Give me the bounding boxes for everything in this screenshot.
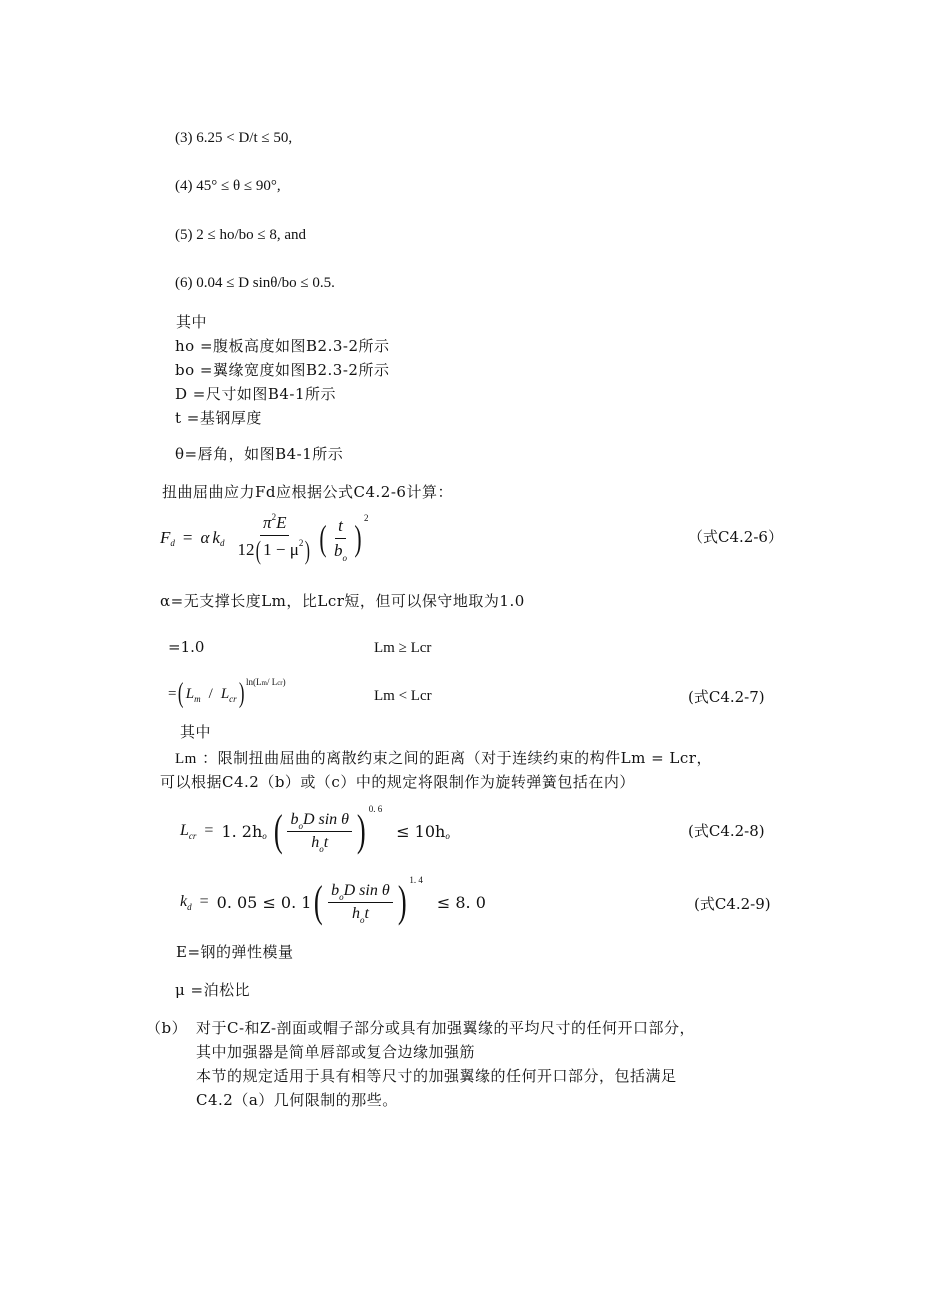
lm-definition-line1: Lm ：限制扭曲屈曲的离散约束之间的距离（对于连续约束的构件Lm = Lcr， (175, 747, 712, 768)
eq-term: 1 − μ (263, 539, 299, 558)
alpha-case-2-value: = ( Lm / Lcr ) ln(Lm/ Lcr) (168, 676, 286, 712)
eq-symbol: L (186, 686, 194, 703)
alpha-case-1-condition: Lm ≥ Lcr (374, 640, 431, 657)
eq-superscript: 2 (299, 538, 304, 548)
eq-term: 0. 05 ≤ 0. 1 (217, 893, 312, 912)
where-heading: 其中 (176, 311, 207, 332)
eq-superscript: 2 (272, 512, 277, 522)
mu-definition: μ =泊松比 (175, 979, 250, 1000)
fd-intro: 扭曲屈曲应力Fd应根据公式C4.2-6计算： (162, 481, 453, 502)
eq-symbol: t (324, 834, 328, 851)
eq-symbol: t (338, 516, 343, 535)
lm-label: Lm (175, 751, 197, 767)
alpha-definition: α=无支撑长度Lm，比Lcr短，但可以保守地取为1.0 (160, 590, 525, 611)
eq-fraction: boD sin θ hot (287, 811, 352, 852)
eq-exponent: 0. 6 (369, 804, 383, 814)
def-theta: θ=唇角，如图B4-1所示 (175, 443, 343, 464)
condition-6: (6) 0.04 ≤ D sinθ/bo ≤ 0.5. (175, 275, 335, 292)
eq-term: ) (283, 677, 286, 687)
eq-term: / L (267, 677, 277, 687)
eq-exponent: ln(Lm/ Lcr) (246, 677, 286, 687)
equation-label-c4-2-8: (式C4.2-8) (688, 820, 765, 841)
eq-sign: = (168, 686, 176, 703)
eq-subscript: o (262, 831, 267, 841)
section-b-line3: 本节的规定适用于具有相等尺寸的加强翼缘的任何开口部分，包括满足 (196, 1065, 677, 1086)
condition-3: (3) 6.25 < D/t ≤ 50, (175, 130, 292, 147)
eq-symbol: α (200, 528, 209, 548)
eq-subscript: o (319, 844, 324, 854)
equation-c4-2-9: kd = 0. 05 ≤ 0. 1 ( boD sin θ hot )1. 4 … (180, 870, 486, 934)
eq-sign: = (183, 528, 193, 548)
eq-fraction: boD sin θ hot (328, 882, 393, 923)
eq-subscript: o (343, 553, 348, 563)
condition-5: (5) 2 ≤ ho/bo ≤ 8, and (175, 227, 306, 244)
eq-symbol: E (276, 513, 286, 532)
eq-symbol: L (221, 686, 229, 703)
eq-subscript: o (298, 821, 303, 831)
section-b-line2: 其中加强器是简单唇部或复合边缘加强筋 (196, 1041, 475, 1062)
eq-subscript: cr (229, 694, 237, 704)
lm-definition-line2: 可以根据C4.2（b）或（c）中的规定将限制作为旋转弹簧包括在内） (160, 771, 635, 792)
eq-symbol: L (180, 822, 189, 840)
eq-symbol: h (352, 905, 360, 922)
eq-subscript: d (220, 538, 225, 548)
eq-subscript: d (187, 902, 192, 912)
eq-term: ln(L (246, 677, 262, 687)
e-definition: E=钢的弹性模量 (176, 941, 294, 962)
eq-subscript: o (339, 892, 344, 902)
section-b-line1: 对于C-和Z-剖面或帽子部分或具有加强翼缘的平均尺寸的任何开口部分， (196, 1017, 695, 1038)
eq-symbol: b (334, 541, 343, 560)
eq-symbol: t (364, 905, 368, 922)
eq-superscript: 2 (364, 513, 369, 523)
eq-subscript: cr (189, 831, 197, 841)
eq-subscript: m (194, 694, 201, 704)
equation-label-c4-2-6: （式C4.2-6） (688, 526, 783, 547)
eq-symbol: b (331, 882, 339, 899)
eq-exponent: 1. 4 (409, 875, 423, 885)
eq-fraction: π2E 12(1 − μ2) (234, 513, 315, 564)
eq-number: 12 (237, 539, 254, 558)
equation-c4-2-6: Fd = α kd π2E 12(1 − μ2) ( t bo )2 (160, 508, 369, 568)
eq-term: ≤ 10h (396, 822, 445, 841)
def-t: t =基钢厚度 (175, 407, 262, 428)
eq-term: D sin θ (344, 882, 390, 899)
eq-subscript: o (360, 915, 365, 925)
eq-fraction: t bo (331, 516, 350, 561)
alpha-case-2-condition: Lm < Lcr (374, 688, 432, 705)
equation-label-c4-2-7: (式C4.2-7) (688, 686, 765, 707)
equation-c4-2-8: Lcr = 1. 2ho ( boD sin θ hot )0. 6 ≤ 10h… (180, 800, 450, 862)
equation-label-c4-2-9: (式C4.2-9) (694, 893, 771, 914)
def-bo: bo =翼缘宽度如图B2.3-2所示 (175, 359, 389, 380)
eq-term: D sin θ (303, 811, 349, 828)
condition-4: (4) 45° ≤ θ ≤ 90°, (175, 178, 281, 195)
eq-symbol: π (263, 513, 272, 532)
eq-symbol: k (212, 528, 220, 548)
section-b-marker: （b） (146, 1017, 187, 1038)
eq-coefficient: 1. 2h (221, 822, 262, 841)
where-heading-2: 其中 (180, 721, 211, 742)
eq-subscript: d (170, 538, 175, 548)
eq-sign: = (200, 893, 209, 911)
eq-subscript: o (445, 831, 450, 841)
def-d: D =尺寸如图B4-1所示 (175, 383, 336, 404)
lm-text: ：限制扭曲屈曲的离散约束之间的距离（对于连续约束的构件Lm = Lcr， (202, 749, 712, 767)
section-b-line4: C4.2（a）几何限制的那些。 (196, 1089, 398, 1110)
alpha-case-1-value: =1.0 (168, 638, 204, 656)
eq-symbol: k (180, 893, 187, 911)
eq-symbol: F (160, 528, 170, 548)
eq-term: ≤ 8. 0 (437, 893, 486, 912)
eq-sign: / (209, 686, 213, 703)
def-ho: ho =腹板高度如图B2.3-2所示 (175, 335, 390, 356)
eq-sign: = (204, 822, 213, 840)
